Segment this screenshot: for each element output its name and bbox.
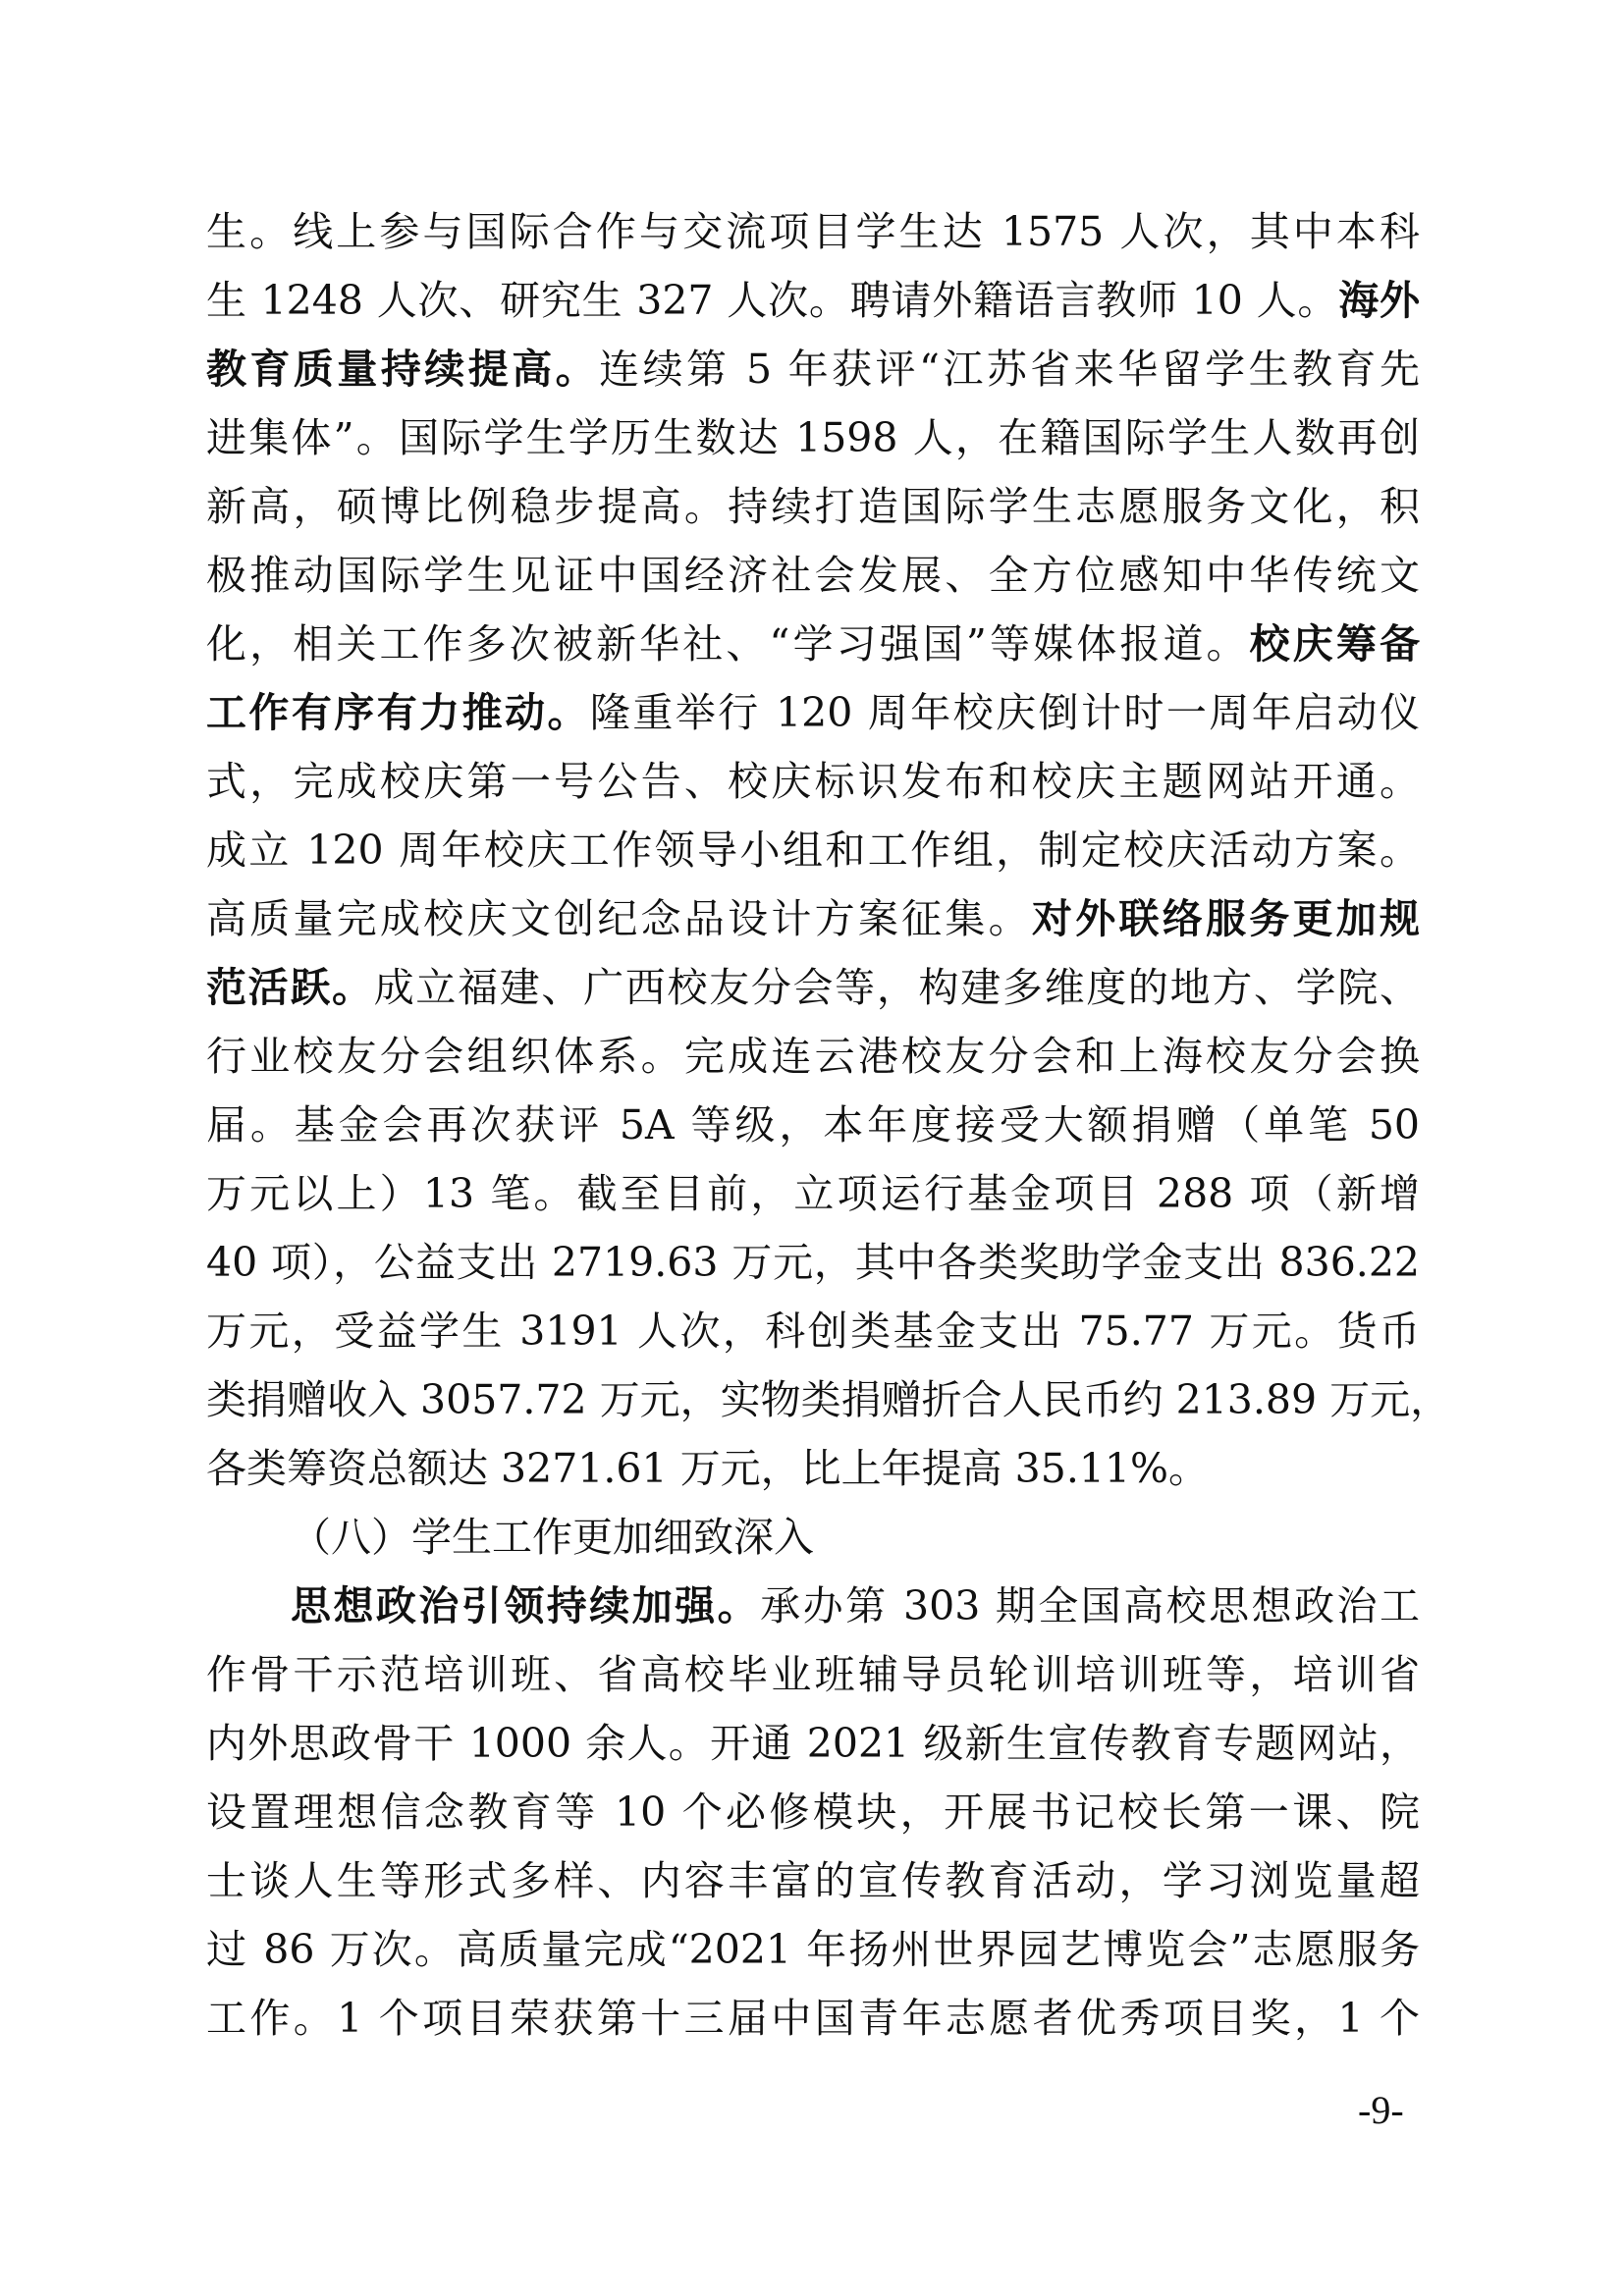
text-line: 士谈人生等形式多样、内容丰富的宣传教育活动，学习浏览量超: [206, 1848, 1420, 1913]
text-segment: 新高，硕博比例稳步提高。持续打造国际学生志愿服务文化，积: [206, 483, 1420, 530]
text-line: 设置理想信念教育等 10 个必修模块，开展书记校长第一课、院: [206, 1780, 1420, 1844]
text-segment: 极推动国际学生见证中国经济社会发展、全方位感知中华传统文: [206, 552, 1420, 599]
text-segment: 高质量完成校庆文创纪念品设计方案征集。: [206, 895, 1032, 942]
text-segment: 生 1248 人次、研究生 327 人次。聘请外籍语言教师 10 人。: [206, 277, 1338, 324]
text-line: 作骨干示范培训班、省高校毕业班辅导员轮训培训班等，培训省: [206, 1642, 1420, 1707]
bold-heading-segment: 工作有序有力推动。: [206, 689, 590, 736]
text-segment: 成立 120 周年校庆工作领导小组和工作组，制定校庆活动方案。: [206, 827, 1420, 874]
section-heading-text: （八）学生工作更加细致深入: [291, 1514, 814, 1561]
text-segment: 承办第 303 期全国高校思想政治工: [760, 1582, 1420, 1629]
text-segment: 40 项），公益支出 2719.63 万元，其中各类奖助学金支出 836.22: [206, 1239, 1420, 1286]
document-page: 生。线上参与国际合作与交流项目学生达 1575 人次，其中本科 生 1248 人…: [0, 0, 1624, 2296]
text-segment: 连续第 5 年获评“江苏省来华留学生教育先: [599, 346, 1420, 393]
text-line: 生 1248 人次、研究生 327 人次。聘请外籍语言教师 10 人。海外: [206, 268, 1420, 333]
section-heading: （八）学生工作更加细致深入: [291, 1505, 1420, 1570]
text-line: 届。基金会再次获评 5A 等级，本年度接受大额捐赠（单笔 50: [206, 1093, 1420, 1157]
text-segment: 作骨干示范培训班、省高校毕业班辅导员轮训培训班等，培训省: [206, 1651, 1420, 1698]
bold-heading-segment: 校庆筹备: [1250, 620, 1420, 667]
text-segment: 类捐赠收入 3057.72 万元，实物类捐赠折合人民币约 213.89 万元，: [206, 1376, 1450, 1423]
text-line: 化，相关工作多次被新华社、“学习强国”等媒体报道。校庆筹备: [206, 612, 1420, 676]
text-line: 各类筹资总额达 3271.61 万元，比上年提高 35.11%。: [206, 1436, 1420, 1501]
bold-heading-segment: 海外: [1338, 277, 1420, 324]
text-segment: 隆重举行 120 周年校庆倒计时一周年启动仪: [590, 689, 1420, 736]
text-line: 新高，硕博比例稳步提高。持续打造国际学生志愿服务文化，积: [206, 474, 1420, 539]
text-line: 过 86 万次。高质量完成“2021 年扬州世界园艺博览会”志愿服务: [206, 1917, 1420, 1982]
text-segment: 化，相关工作多次被新华社、“学习强国”等媒体报道。: [206, 620, 1250, 667]
text-line: 生。线上参与国际合作与交流项目学生达 1575 人次，其中本科: [206, 199, 1420, 264]
text-line: 万元以上）13 笔。截至目前，立项运行基金项目 288 项（新增: [206, 1161, 1420, 1226]
text-segment: 内外思政骨干 1000 余人。开通 2021 级新生宣传教育专题网站，: [206, 1720, 1420, 1767]
text-segment: 万元，受益学生 3191 人次，科创类基金支出 75.77 万元。货币: [206, 1308, 1420, 1355]
bold-heading-segment: 对外联络服务更加规: [1032, 895, 1420, 942]
text-segment: 各类筹资总额达 3271.61 万元，比上年提高 35.11%。: [206, 1445, 1209, 1492]
bold-heading-segment: 思想政治引领持续加强。: [291, 1582, 760, 1629]
text-segment: 士谈人生等形式多样、内容丰富的宣传教育活动，学习浏览量超: [206, 1857, 1420, 1904]
text-segment: 行业校友分会组织体系。完成连云港校友分会和上海校友分会换: [206, 1033, 1420, 1080]
text-segment: 届。基金会再次获评 5A 等级，本年度接受大额捐赠（单笔 50: [206, 1101, 1420, 1148]
text-line: 内外思政骨干 1000 余人。开通 2021 级新生宣传教育专题网站，: [206, 1711, 1420, 1776]
text-line: 类捐赠收入 3057.72 万元，实物类捐赠折合人民币约 213.89 万元，: [206, 1367, 1420, 1432]
bold-heading-segment: 范活跃。: [206, 964, 374, 1011]
text-line: 进集体”。国际学生学历生数达 1598 人，在籍国际学生人数再创: [206, 405, 1420, 470]
text-line: 范活跃。成立福建、广西校友分会等，构建多维度的地方、学院、: [206, 955, 1420, 1020]
text-segment: 生。线上参与国际合作与交流项目学生达 1575 人次，其中本科: [206, 208, 1420, 255]
text-line: 工作有序有力推动。隆重举行 120 周年校庆倒计时一周年启动仪: [206, 680, 1420, 745]
text-segment: 设置理想信念教育等 10 个必修模块，开展书记校长第一课、院: [206, 1789, 1420, 1836]
text-line: 高质量完成校庆文创纪念品设计方案征集。对外联络服务更加规: [206, 886, 1420, 951]
text-segment: 万元以上）13 笔。截至目前，立项运行基金项目 288 项（新增: [206, 1170, 1420, 1217]
text-segment: 式，完成校庆第一号公告、校庆标识发布和校庆主题网站开通。: [206, 758, 1420, 805]
text-line: 式，完成校庆第一号公告、校庆标识发布和校庆主题网站开通。: [206, 749, 1420, 814]
page-number: -9-: [1358, 2086, 1404, 2135]
text-line: 极推动国际学生见证中国经济社会发展、全方位感知中华传统文: [206, 543, 1420, 608]
text-line: 工作。1 个项目荣获第十三届中国青年志愿者优秀项目奖，1 个: [206, 1986, 1420, 2051]
text-line: 教育质量持续提高。连续第 5 年获评“江苏省来华留学生教育先: [206, 337, 1420, 401]
text-line: 40 项），公益支出 2719.63 万元，其中各类奖助学金支出 836.22: [206, 1230, 1420, 1295]
text-line: 万元，受益学生 3191 人次，科创类基金支出 75.77 万元。货币: [206, 1299, 1420, 1363]
text-line: 成立 120 周年校庆工作领导小组和工作组，制定校庆活动方案。: [206, 818, 1420, 882]
bold-heading-segment: 教育质量持续提高。: [206, 346, 599, 393]
text-segment: 工作。1 个项目荣获第十三届中国青年志愿者优秀项目奖，1 个: [206, 1995, 1420, 2042]
text-line: 行业校友分会组织体系。完成连云港校友分会和上海校友分会换: [206, 1024, 1420, 1089]
text-segment: 成立福建、广西校友分会等，构建多维度的地方、学院、: [374, 964, 1420, 1011]
text-line: 思想政治引领持续加强。承办第 303 期全国高校思想政治工: [291, 1574, 1420, 1638]
text-segment: 进集体”。国际学生学历生数达 1598 人，在籍国际学生人数再创: [206, 414, 1420, 461]
text-segment: 过 86 万次。高质量完成“2021 年扬州世界园艺博览会”志愿服务: [206, 1926, 1420, 1973]
